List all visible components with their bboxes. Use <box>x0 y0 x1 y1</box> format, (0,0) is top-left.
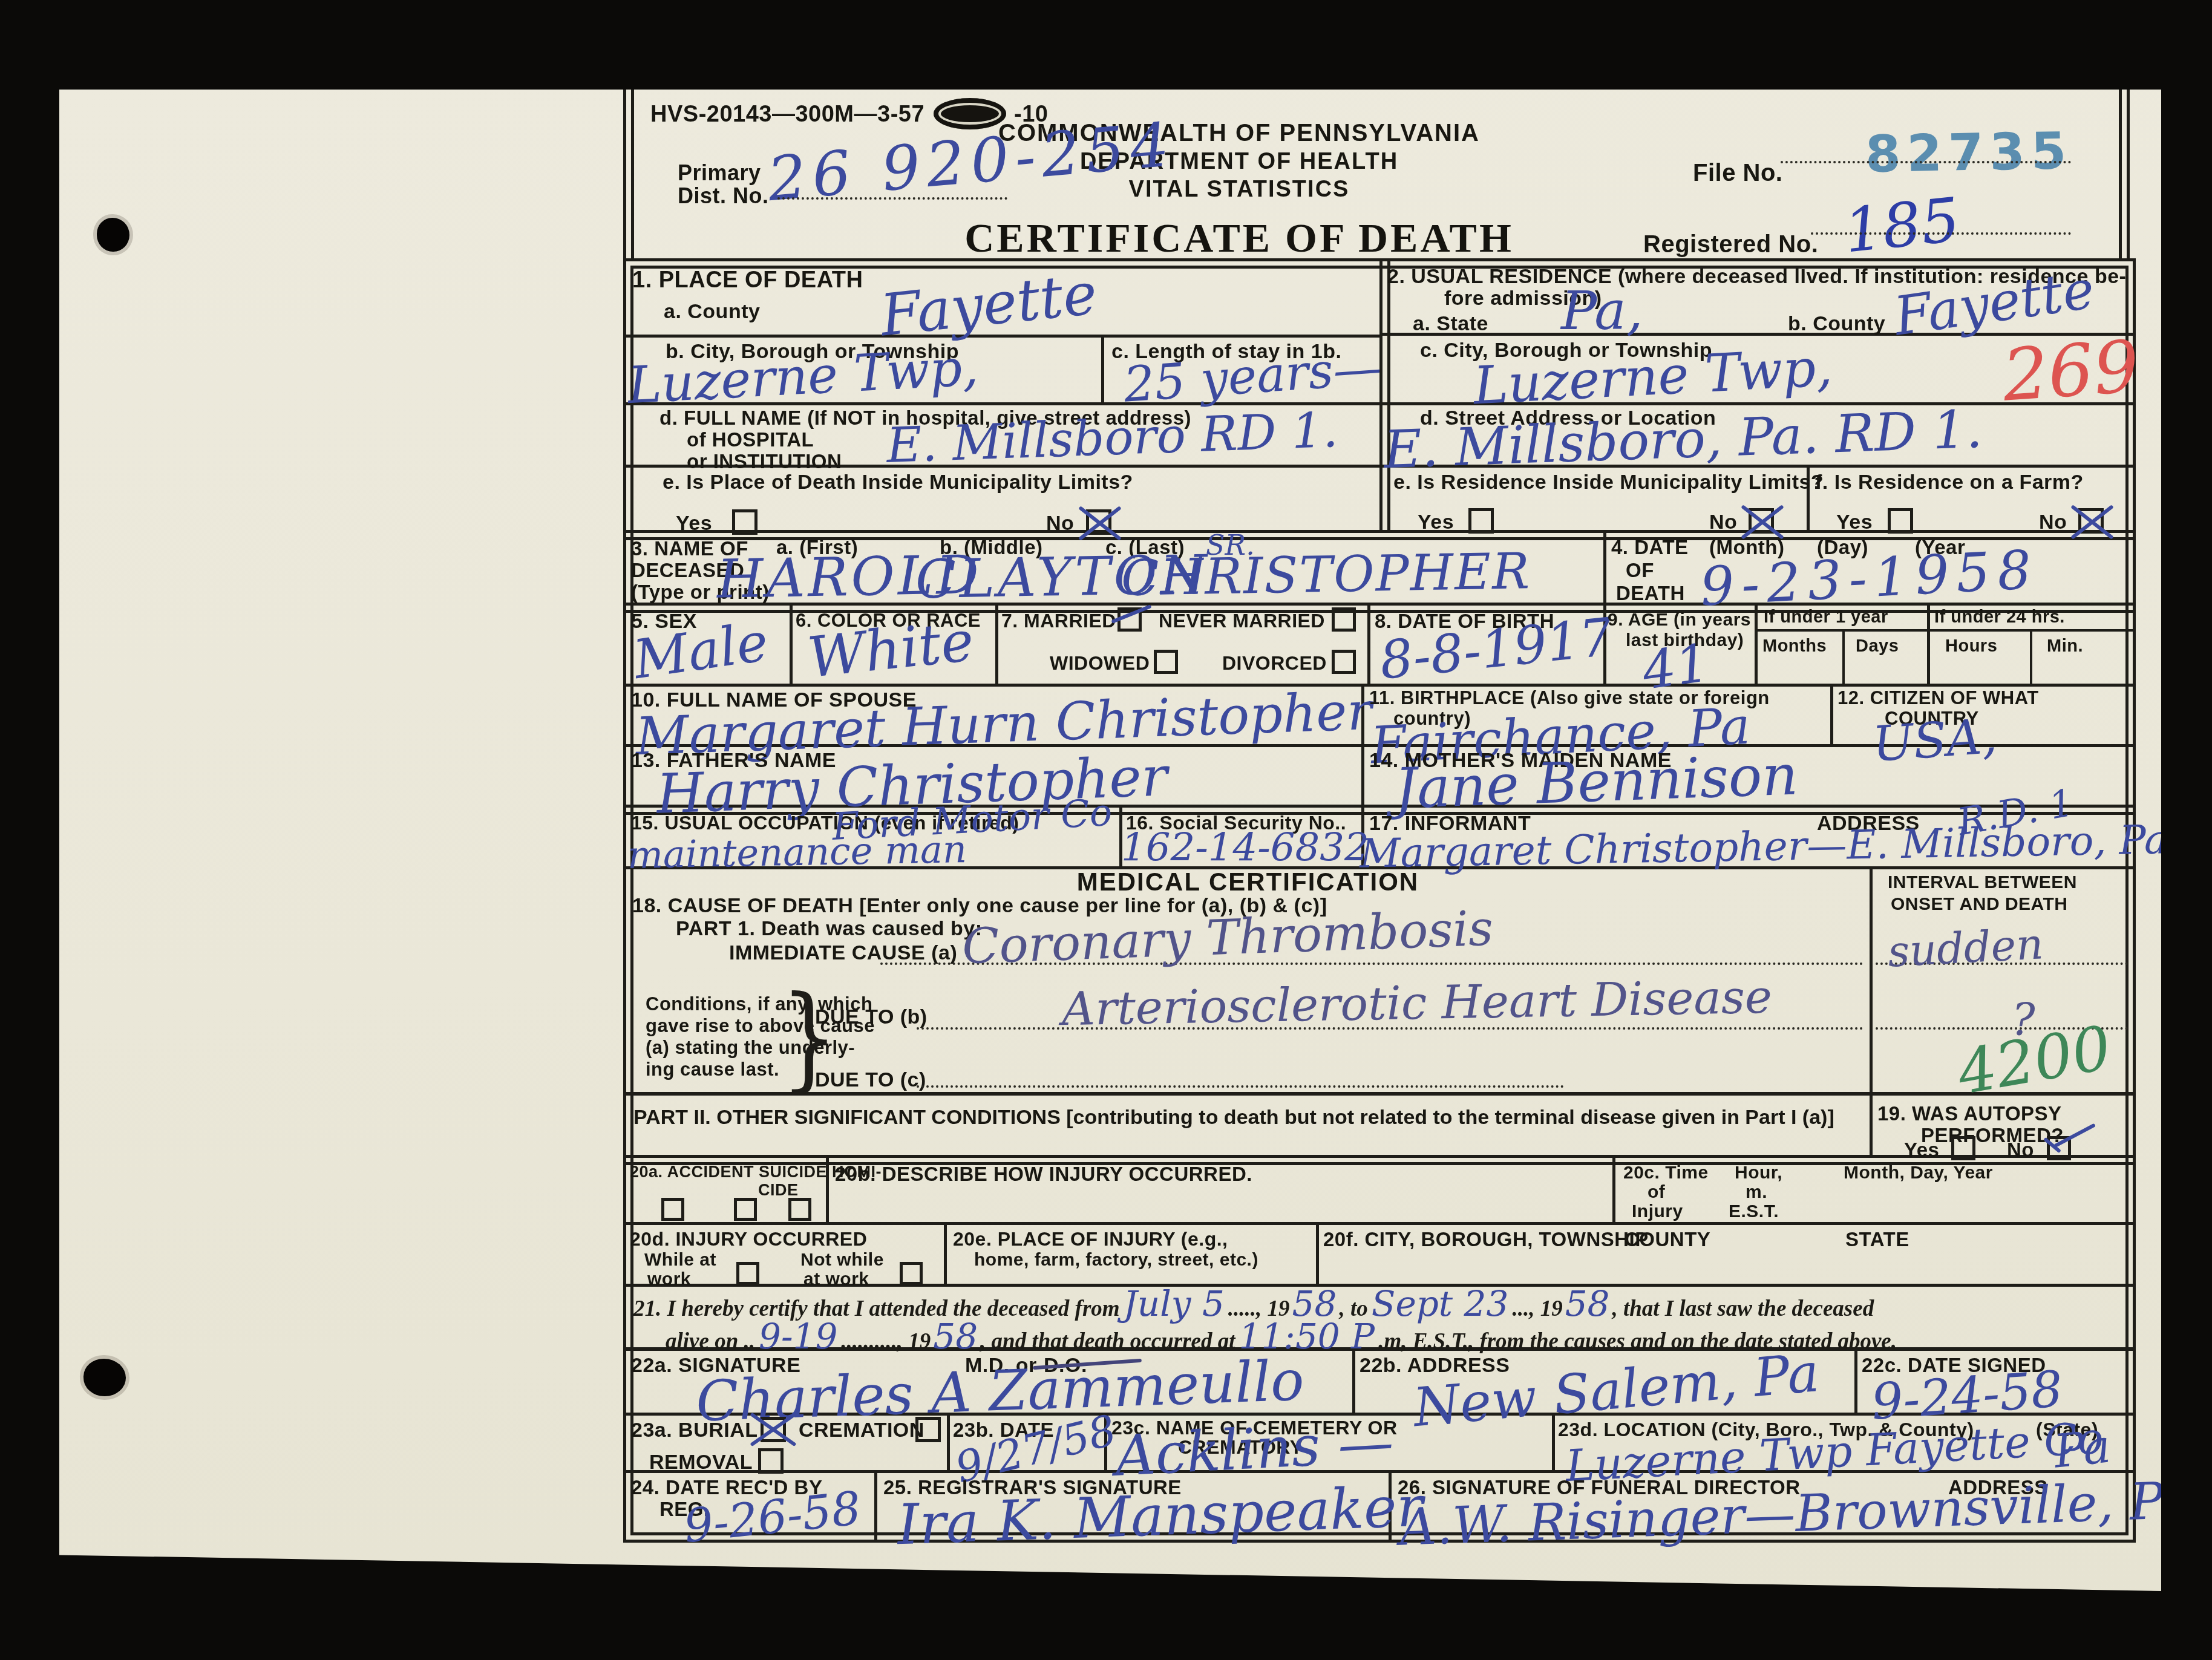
rule <box>944 1222 947 1284</box>
primary-dist-line <box>777 197 1007 200</box>
certify-hw-to-date: Sept 23 <box>1372 1286 1509 1321</box>
s3-last-value: CHRISTOPHER <box>1121 547 1531 604</box>
certify-hw-alive-date: 9-19 <box>759 1319 837 1354</box>
right-margin-rule <box>2119 90 2130 258</box>
rule <box>1316 1222 1319 1284</box>
s20d-label: 20d. INJURY OCCURRED <box>630 1229 867 1249</box>
s20c-m-label: m. <box>1746 1183 1767 1201</box>
s1e-yes-checkbox <box>732 509 758 535</box>
s1-title: 1. PLACE OF DEATH <box>632 269 863 292</box>
dist-no-label: Dist. No. <box>678 185 769 207</box>
scanned-death-certificate: HVS-20143—300M—3-57 -10 COMMONWEALTH OF … <box>0 0 2212 1660</box>
rule <box>874 1470 877 1540</box>
s23a-burial-label: 23a. BURIAL <box>631 1420 758 1440</box>
certify-text: .m, E.S.T., from the causes and on the d… <box>1378 1328 1897 1354</box>
s4-title2: OF <box>1626 560 1654 580</box>
s25-value: Ira K. Manspeaker <box>897 1479 1424 1553</box>
s19-yes-label: Yes <box>1904 1140 1939 1160</box>
rule <box>1603 530 1606 603</box>
s2b-label: b. County <box>1788 313 1885 334</box>
s7-widowed-label: WIDOWED <box>1050 653 1150 673</box>
s7-never-checkbox <box>1332 607 1356 632</box>
s2e-yes-checkbox <box>1468 508 1494 534</box>
medical-certification-title: MEDICAL CERTIFICATION <box>626 869 1870 895</box>
s5-value: Male <box>630 615 771 687</box>
s23c-value: Acklins — <box>1114 1414 1395 1485</box>
s9-days-label: Days <box>1856 638 1899 655</box>
s19-label2: PERFORMED? <box>1921 1125 2064 1145</box>
rule <box>1854 1347 1857 1413</box>
rule <box>1870 866 1873 1155</box>
registered-number-label: Registered No. <box>1643 232 1818 257</box>
s20c-hour-label: Hour, <box>1735 1164 1782 1182</box>
s20d-notwhile: Not while <box>800 1251 884 1269</box>
punch-hole-top <box>97 218 129 252</box>
rule <box>626 1222 2133 1225</box>
s20a-accident-checkbox <box>661 1198 684 1221</box>
s23d-state-value: Pa <box>2052 1423 2112 1474</box>
s18-due-b-value: Arteriosclerotic Heart Disease <box>1061 974 1772 1032</box>
s1d-label3: or INSTITUTION <box>687 451 842 471</box>
file-number-line <box>1781 161 2071 163</box>
s18-part1: PART 1. Death was caused by: <box>676 918 983 939</box>
s23a-cremation-checkbox <box>915 1417 941 1442</box>
certify-text: ..., 19 <box>1512 1296 1562 1322</box>
certify-hw-from-date: July 5 <box>1124 1286 1225 1321</box>
s2f-yes-checkbox <box>1888 508 1913 534</box>
rule <box>1612 1155 1615 1222</box>
s19-no-label: No <box>2007 1140 2034 1160</box>
s16-value: 162-14-6832 <box>1121 829 1369 868</box>
s23a-removal-checkbox <box>758 1448 784 1474</box>
s2e-label: e. Is Residence Inside Municipality Limi… <box>1393 472 1824 492</box>
s2a-value: Pa, <box>1561 284 1643 338</box>
rule <box>1830 684 1833 744</box>
s20e-label1: 20e. PLACE OF INJURY (e.g., <box>953 1229 1228 1249</box>
s9-months-label: Months <box>1762 638 1827 655</box>
s2f-no-label: No <box>2039 512 2067 532</box>
s12-label1: 12. CITIZEN OF WHAT <box>1837 688 2039 707</box>
rule <box>1352 1347 1355 1413</box>
s1e-no-label: No <box>1046 513 1074 534</box>
certify-hw-time: 11:50 P <box>1239 1319 1375 1354</box>
s7-married-label: 7. MARRIED <box>1001 611 1116 630</box>
s19-label1: 19. WAS AUTOPSY <box>1877 1103 2062 1123</box>
certify-text: .........., 19 <box>841 1328 931 1354</box>
s20c-label3: Injury <box>1632 1203 1683 1221</box>
rule <box>1379 261 1390 530</box>
rule <box>626 1092 2133 1096</box>
s20d-notatwork-checkbox <box>900 1262 923 1285</box>
s1a-label: a. County <box>664 301 760 322</box>
s20b-label: 20b. DESCRIBE HOW INJURY OCCURRED. <box>835 1164 1252 1184</box>
registered-number-value: 185 <box>1841 189 1962 261</box>
s19-yes-checkbox <box>1951 1136 1975 1160</box>
s2f-label: f. Is Residence on a Farm? <box>1815 472 2084 492</box>
certify-hw-year2: 58 <box>1565 1286 1610 1321</box>
certify-text: , that I last saw the deceased <box>1612 1296 1874 1322</box>
rule <box>2030 629 2032 684</box>
certify-hw-year3: 58 <box>933 1319 978 1354</box>
rule <box>1927 603 1930 684</box>
s2f-yes-label: Yes <box>1836 512 1873 532</box>
s14-value: Jane Bennison <box>1394 747 1799 817</box>
s23a-removal-label: REMOVAL <box>649 1452 753 1472</box>
interval-label1: INTERVAL BETWEEN <box>1888 874 2077 892</box>
part2-text: PART II. OTHER SIGNIFICANT CONDITIONS [c… <box>633 1107 1834 1128</box>
registered-number-line <box>1811 232 2071 235</box>
s6-value: White <box>805 613 977 686</box>
s9-under1-label: If under 1 year <box>1764 609 1888 626</box>
punch-hole-bottom <box>83 1359 126 1396</box>
certify-line2: alive on .. 9-19 .........., 19 58 , and… <box>666 1319 2130 1349</box>
s20d-atwork-checkbox <box>736 1262 759 1285</box>
s7-widowed-checkbox <box>1154 650 1178 674</box>
certify-line1: 21. I hereby certify that I attended the… <box>633 1286 2128 1318</box>
s18-line-c <box>917 1085 1564 1088</box>
s20a-suicide-checkbox <box>734 1198 757 1221</box>
rule <box>1361 744 1364 805</box>
s9-hours-label: Hours <box>1945 638 1997 655</box>
rule <box>1842 629 1845 684</box>
s18-due-c-label: DUE TO (c) <box>815 1070 926 1090</box>
s2a-label: a. State <box>1413 313 1488 334</box>
rule <box>1367 603 1370 684</box>
s2e-yes-label: Yes <box>1418 512 1454 532</box>
s20c-mdy-label: Month, Day, Year <box>1844 1164 1993 1182</box>
certificate-form: 1. PLACE OF DEATH a. County Fayette b. C… <box>623 258 2136 1543</box>
s20f-county-label: COUNTY <box>1625 1229 1710 1249</box>
s20c-label1: 20c. Time <box>1623 1164 1709 1182</box>
rule <box>1755 629 2133 632</box>
s4-title3: DEATH <box>1616 583 1685 603</box>
certificate-paper: HVS-20143—300M—3-57 -10 COMMONWEALTH OF … <box>59 90 2161 1591</box>
s20c-est-label: E.S.T. <box>1729 1203 1779 1221</box>
s20d-whileat: While at <box>644 1251 716 1269</box>
s20f-label: 20f. CITY, BOROUGH, TOWNSHIP <box>1323 1229 1649 1249</box>
s20a-label2: CIDE <box>758 1182 799 1198</box>
rule <box>1101 335 1104 402</box>
left-margin-rule <box>623 90 634 258</box>
file-number-stamp: 82735 <box>1865 121 2073 184</box>
s18-immediate-label: IMMEDIATE CAUSE (a) <box>729 943 957 963</box>
s4-title1: 4. DATE <box>1611 537 1689 557</box>
primary-label: Primary <box>678 162 761 184</box>
s18-due-b-label: DUE TO (b) <box>815 1007 928 1027</box>
s7-divorced-checkbox <box>1332 650 1356 674</box>
s20a-homicide-checkbox <box>788 1198 811 1221</box>
s1a-value: Fayette <box>878 266 1100 345</box>
s1d-value: E. Millsboro RD 1. <box>886 406 1339 470</box>
s18-immediate-interval: sudden <box>1886 923 2044 973</box>
certify-text: alive on .. <box>666 1328 755 1354</box>
s20e-label2: home, farm, factory, street, etc.) <box>974 1251 1258 1269</box>
rule <box>790 603 793 684</box>
file-number-label: File No. <box>1693 161 1782 185</box>
s1d-label2: of HOSPITAL <box>687 430 814 449</box>
rule <box>995 603 998 684</box>
s1e-label: e. Is Place of Death Inside Municipality… <box>663 472 1133 492</box>
s9-label1: 9. AGE (in years <box>1608 611 1751 629</box>
s15-value2: maintenance man <box>627 831 967 874</box>
s2e-no-label: No <box>1709 512 1737 532</box>
s9-min-label: Min. <box>2047 638 2083 655</box>
certify-text: 21. I hereby certify that I attended the… <box>633 1296 1120 1322</box>
certify-text: , and that death occurred at <box>980 1328 1235 1354</box>
s7-never-label: NEVER MARRIED <box>1159 611 1325 630</box>
s20c-label2: of <box>1648 1183 1665 1201</box>
s12-value: USA, <box>1871 712 1998 769</box>
certificate-title: CERTIFICATE OF DEATH <box>725 214 1753 262</box>
s23a-cremation-label: CREMATION <box>799 1420 924 1440</box>
s9-under24-label: If under 24 hrs. <box>1934 609 2065 626</box>
s20f-state-label: STATE <box>1845 1229 1909 1249</box>
interval-label2: ONSET AND DEATH <box>1891 895 2068 913</box>
s7-divorced-label: DIVORCED <box>1222 653 1327 673</box>
s18-cond4: ing cause last. <box>646 1060 779 1079</box>
s1e-yes-label: Yes <box>676 513 712 534</box>
s2-red-number: 269 <box>2000 324 2141 417</box>
